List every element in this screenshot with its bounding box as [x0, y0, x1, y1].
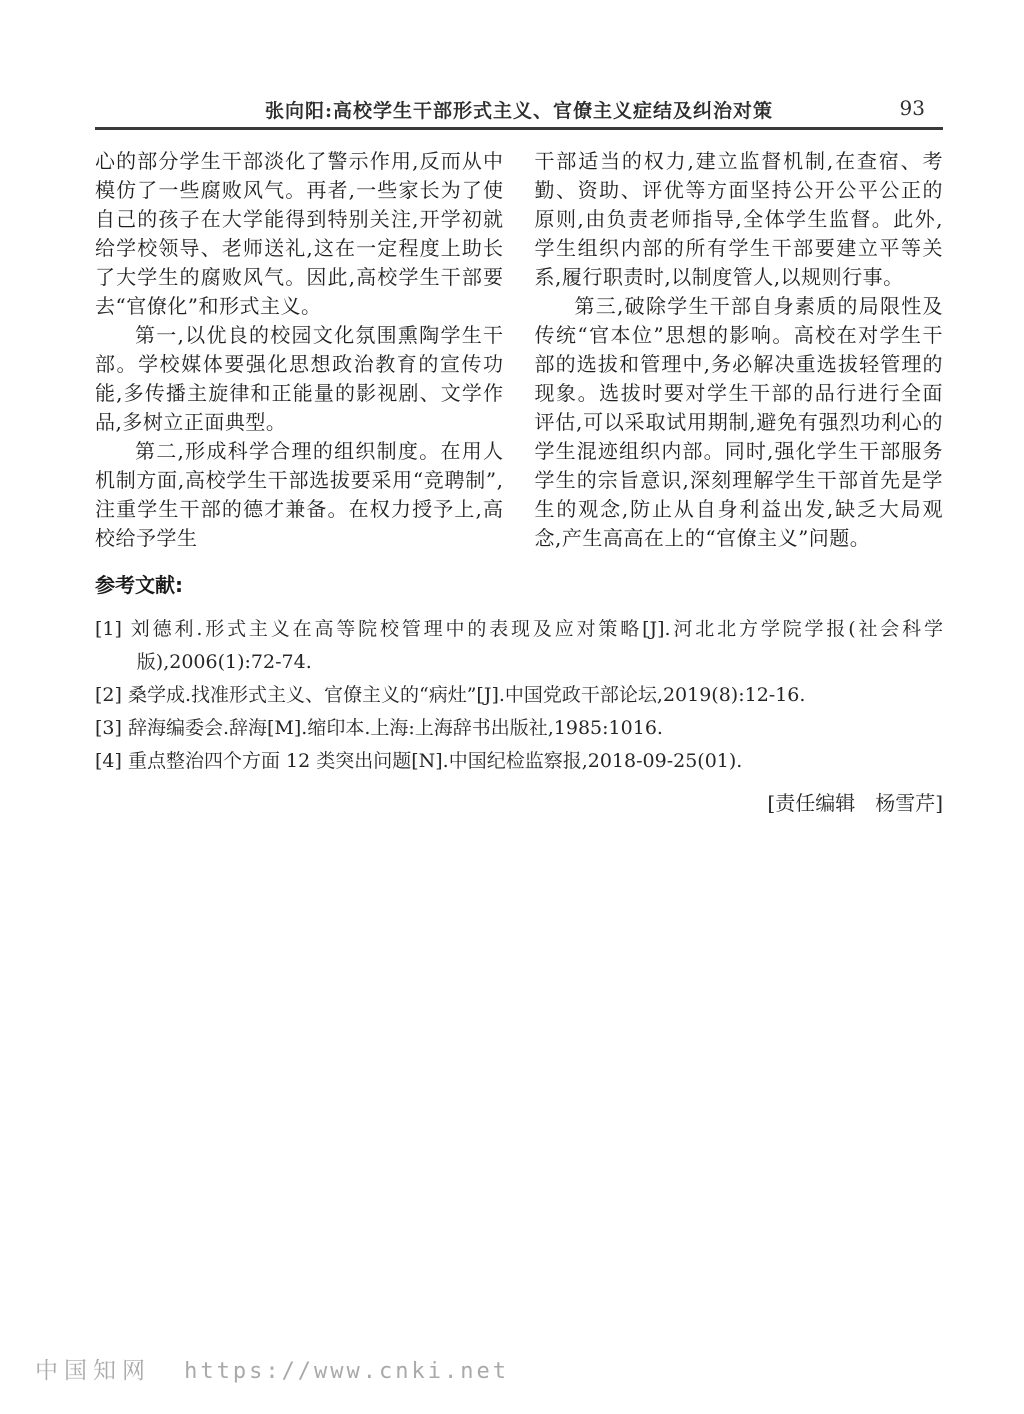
article-body: 心的部分学生干部淡化了警示作用,反而从中模仿了一些腐败风气。再者,一些家长为了使…: [95, 147, 943, 553]
page-header: 张向阳:高校学生干部形式主义、官僚主义症结及纠治对策 93: [95, 96, 943, 124]
cnki-watermark: 中国知网 https://www.cnki.net: [35, 1352, 509, 1385]
references-heading: 参考文献:: [95, 569, 943, 598]
running-title: 张向阳:高校学生干部形式主义、官僚主义症结及纠治对策: [95, 96, 943, 123]
cnki-site-name: 中国知网: [35, 1358, 151, 1384]
reference-item: [4] 重点整治四个方面 12 类突出问题[N].中国纪检监察报,2018-09…: [95, 745, 943, 778]
paragraph-first-point: 第一,以优良的校园文化氛围熏陶学生干部。学校媒体要强化思想政治教育的宣传功能,多…: [95, 321, 504, 437]
paragraph-continuation: 干部适当的权力,建立监督机制,在查宿、考勤、资助、评优等方面坚持公开公平公正的原…: [535, 147, 944, 292]
right-column: 干部适当的权力,建立监督机制,在查宿、考勤、资助、评优等方面坚持公开公平公正的原…: [535, 147, 944, 553]
page-number: 93: [900, 96, 925, 120]
reference-item: [3] 辞海编委会.辞海[M].缩印本.上海:上海辞书出版社,1985:1016…: [95, 712, 943, 745]
paper-page: 张向阳:高校学生干部形式主义、官僚主义症结及纠治对策 93 心的部分学生干部淡化…: [0, 0, 1024, 1414]
reference-item: [2] 桑学成.找准形式主义、官僚主义的“病灶”[J].中国党政干部论坛,201…: [95, 679, 943, 712]
paragraph-continuation: 心的部分学生干部淡化了警示作用,反而从中模仿了一些腐败风气。再者,一些家长为了使…: [95, 147, 504, 321]
editor-note: [责任编辑 杨雪芹]: [95, 787, 943, 816]
left-column: 心的部分学生干部淡化了警示作用,反而从中模仿了一些腐败风气。再者,一些家长为了使…: [95, 147, 504, 553]
paragraph-third-point: 第三,破除学生干部自身素质的局限性及传统“官本位”思想的影响。高校在对学生干部的…: [535, 292, 944, 553]
header-rule: [95, 127, 943, 130]
paragraph-second-point: 第二,形成科学合理的组织制度。在用人机制方面,高校学生干部选拔要采用“竞聘制”,…: [95, 437, 504, 553]
reference-item: [1] 刘德利.形式主义在高等院校管理中的表现及应对策略[J].河北北方学院学报…: [95, 613, 943, 679]
references-section: 参考文献: [1] 刘德利.形式主义在高等院校管理中的表现及应对策略[J].河北…: [95, 569, 943, 816]
cnki-site-url: https://www.cnki.net: [184, 1359, 509, 1384]
